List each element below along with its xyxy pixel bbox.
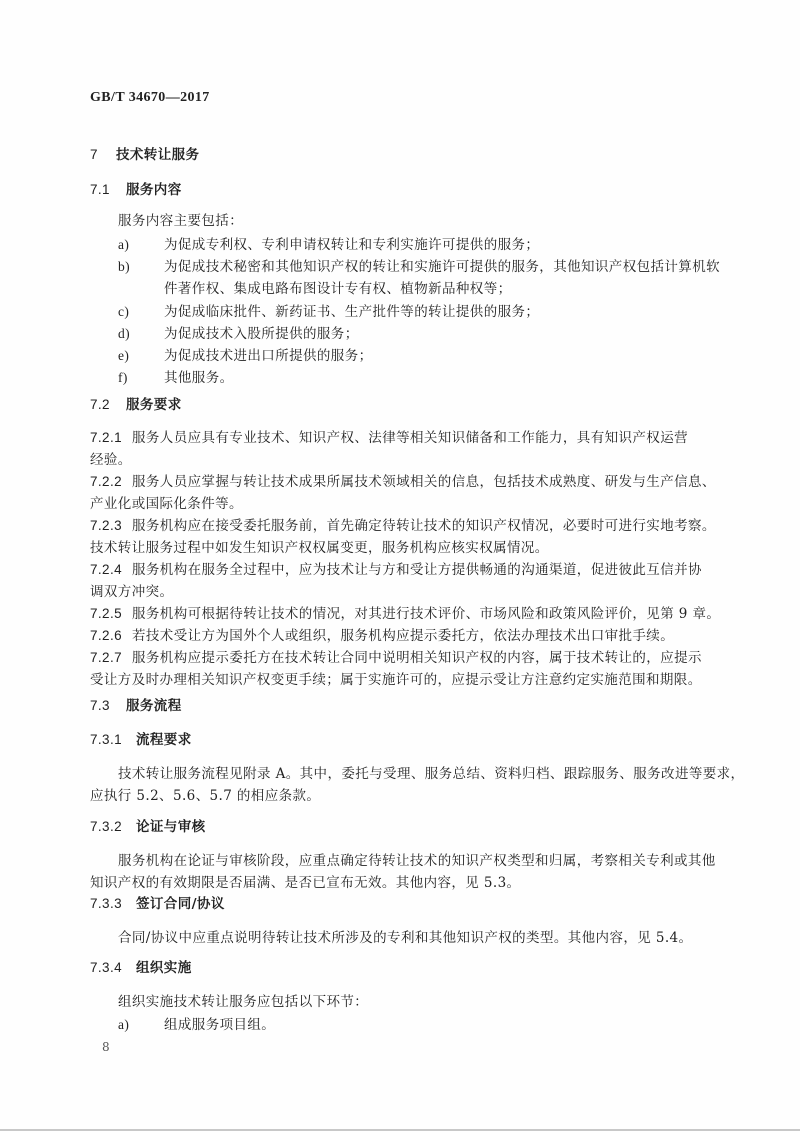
section-7-heading: 7技术转让服务 [90,146,199,164]
clause-7-2-2-cont: 产业化或国际化条件等。 [90,495,243,513]
page-number: 8 [102,1038,110,1056]
section-7-2-heading: 7.2服务要求 [90,396,182,414]
list-item-e: e)为促成技术进出口所提供的服务； [118,347,373,365]
list-item-f: f)其他服务。 [118,369,234,387]
s7-3-4-intro: 组织实施技术转让服务应包括以下环节： [118,993,368,1011]
standard-header: GB/T 34670—2017 [90,89,210,107]
section-7-3-heading: 7.3服务流程 [90,697,182,715]
clause-7-2-5: 7.2.5服务机构可根据待转让技术的情况，对其进行技术评价、市场风险和政策风险评… [90,605,720,623]
clause-7-2-6: 7.2.6若技术受让方为国外个人或组织，服务机构应提示委托方，依法办理技术出口审… [90,627,674,645]
clause-7-2-7-cont: 受让方及时办理相关知识产权变更手续；属于实施许可的，应提示受让方注意约定实施范围… [90,671,702,689]
s7-3-4-item-a: a)组成服务项目组。 [118,1016,275,1034]
clause-7-2-2: 7.2.2服务人员应掌握与转让技术成果所属技术领域相关的信息，包括技术成熟度、研… [90,473,716,491]
clause-7-2-4: 7.2.4服务机构在服务全过程中，应为技术让与方和受让方提供畅通的沟通渠道，促进… [90,561,702,579]
section-7-1-heading: 7.1服务内容 [90,181,182,199]
s7-3-1-para-line2: 应执行 5.2、5.6、5.7 的相应条款。 [90,787,320,805]
clause-7-2-4-cont: 调双方冲突。 [90,583,173,601]
list-item-a: a)为促成专利权、专利申请权转让和专利实施许可提供的服务； [118,236,539,254]
section-7-3-1-heading: 7.3.1流程要求 [90,731,192,749]
s7-1-intro: 服务内容主要包括： [118,212,243,230]
clause-7-2-1: 7.2.1服务人员应具有专业技术、知识产权、法律等相关知识储备和工作能力，具有知… [90,429,688,447]
section-7-3-4-heading: 7.3.4组织实施 [90,959,192,977]
list-item-d: d)为促成技术入股所提供的服务； [118,325,359,343]
document-page: GB/T 34670—2017 7技术转让服务 7.1服务内容 服务内容主要包括… [0,0,800,1131]
section-7-3-2-heading: 7.3.2论证与审核 [90,818,206,836]
list-item-b-cont: 件著作权、集成电路布图设计专有权、植物新品种权等； [164,280,512,298]
list-item-c: c)为促成临床批件、新药证书、生产批件等的转让提供的服务； [118,303,539,321]
clause-7-2-7: 7.2.7服务机构应提示委托方在技术转让合同中说明相关知识产权的内容，属于技术转… [90,649,702,667]
s7-3-1-para-line1: 技术转让服务流程见附录 A。其中，委托与受理、服务总结、资料归档、跟踪服务、服务… [118,765,744,783]
section-7-3-3-heading: 7.3.3签订合同/协议 [90,895,225,913]
clause-7-2-1-cont: 经验。 [90,451,132,469]
list-item-b: b)为促成技术秘密和其他知识产权的转让和实施许可提供的服务，其他知识产权包括计算… [118,258,720,276]
s7-3-2-para-line2: 知识产权的有效期限是否届满、是否已宣布无效。其他内容，见 5.3。 [90,874,520,892]
s7-3-3-para: 合同/协议中应重点说明待转让技术所涉及的专利和其他知识产权的类型。其他内容，见 … [118,929,692,947]
clause-7-2-3: 7.2.3服务机构应在接受委托服务前，首先确定待转让技术的知识产权情况，必要时可… [90,517,716,535]
clause-7-2-3-cont: 技术转让服务过程中如发生知识产权权属变更，服务机构应核实权属情况。 [90,539,549,557]
s7-3-2-para-line1: 服务机构在论证与审核阶段，应重点确定待转让技术的知识产权类型和归属，考察相关专利… [118,852,716,870]
